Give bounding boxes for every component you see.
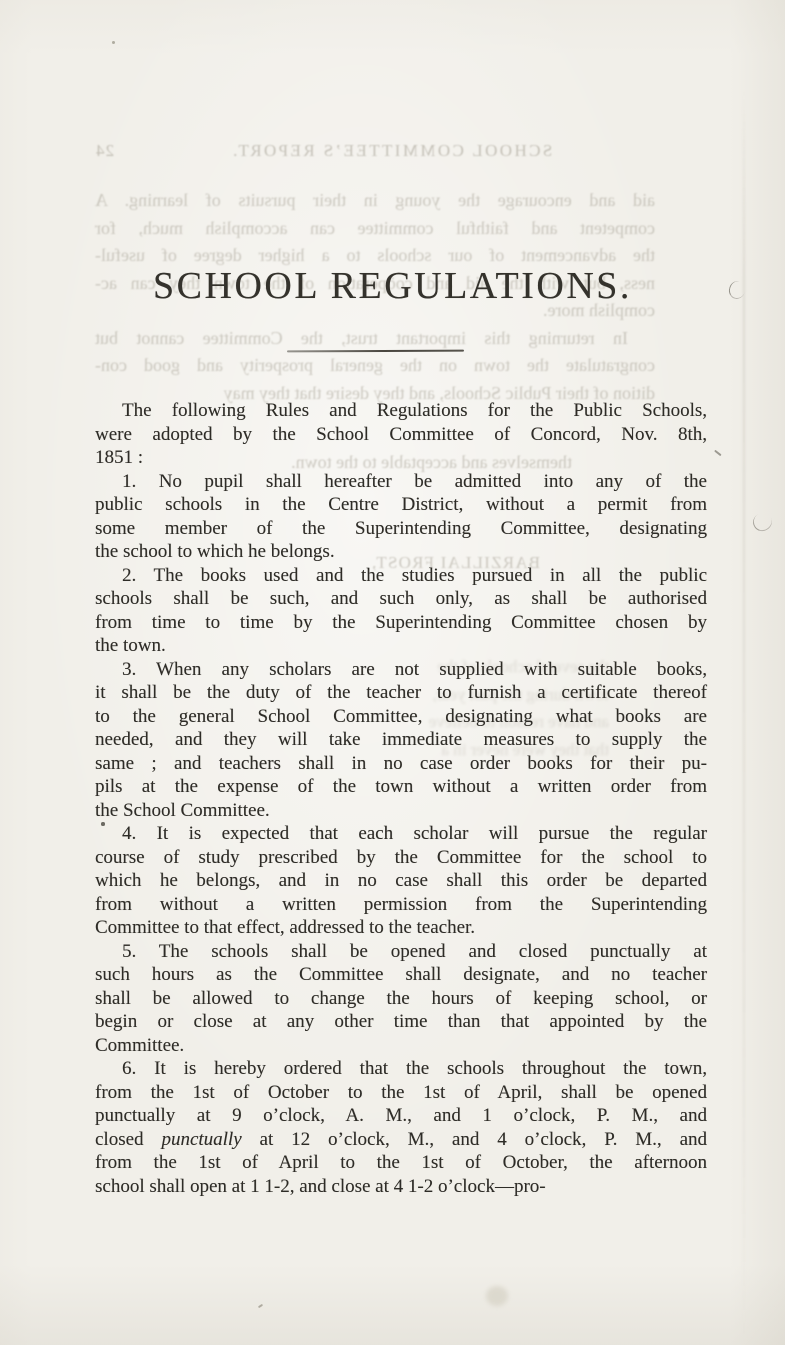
text-line: 5. The schools shall be opened and close… [95, 940, 707, 964]
document-body: The following Rules and Regulations for … [95, 399, 707, 1198]
text-line: 4. It is expected that each scholar will… [95, 822, 707, 846]
text-line: 1. No pupil shall hereafter be admitted … [95, 470, 707, 494]
rule-2-paragraph: 2. The books used and the studies pursue… [95, 564, 707, 658]
text-line: Committee. [95, 1034, 707, 1058]
rule-4-paragraph: 4. It is expected that each scholar will… [95, 822, 707, 940]
text-line: were adopted by the School Committee of … [95, 423, 707, 447]
text-line: which he belongs, and in no case shall t… [95, 869, 707, 893]
rule-5-paragraph: 5. The schools shall be opened and close… [95, 940, 707, 1058]
text-line: aid and encourage the young in their pur… [95, 187, 655, 215]
text-line: the town. [95, 634, 707, 658]
text-line: 1851 : [95, 446, 707, 470]
rule-1-paragraph: 1. No pupil shall hereafter be admitted … [95, 470, 707, 564]
text-line: closed punctually at 12 o’clock, M., and… [95, 1128, 707, 1152]
text-line: to the general School Committee, designa… [95, 705, 707, 729]
page-title: SCHOOL REGULATIONS. [0, 264, 785, 308]
stray-ink-dot [101, 822, 105, 826]
text-line: the School Committee. [95, 799, 707, 823]
text-line: congratulate the town on the general pro… [95, 352, 655, 380]
text-line: the school to which he belongs. [95, 540, 707, 564]
text-line: from the 1st of October to the 1st of Ap… [95, 1081, 707, 1105]
scan-speck [112, 41, 115, 44]
text-line: shall be allowed to change the hours of … [95, 987, 707, 1011]
text-line: course of study prescribed by the Commit… [95, 846, 707, 870]
rule-6-paragraph: 6. It is hereby ordered that the schools… [95, 1057, 707, 1198]
text-line: 3. When any scholars are not supplied wi… [95, 658, 707, 682]
text-line: Committee to that effect, addressed to t… [95, 916, 707, 940]
text-line: 2. The books used and the studies pursue… [95, 564, 707, 588]
text-line: it shall be the duty of the teacher to f… [95, 681, 707, 705]
rule-3-paragraph: 3. When any scholars are not supplied wi… [95, 658, 707, 823]
intro-paragraph: The following Rules and Regulations for … [95, 399, 707, 470]
text-line: from without a written permission from t… [95, 893, 707, 917]
text-line: from the 1st of April to the 1st of Octo… [95, 1151, 707, 1175]
text-line: same ; and teachers shall in no case ord… [95, 752, 707, 776]
bleedthrough-paragraph-2: In returning this important trust, the C… [95, 325, 655, 408]
text-line: 6. It is hereby ordered that the schools… [95, 1057, 707, 1081]
text-line: school shall open at 1 1-2, and close at… [95, 1175, 707, 1199]
text-line: In returning this important trust, the C… [95, 325, 655, 353]
text-line: The following Rules and Regulations for … [95, 399, 707, 423]
text-line: competent and faithful committee can acc… [95, 215, 655, 243]
text-line: from time to time by the Superintending … [95, 611, 707, 635]
text-line: punctually at 9 o’clock, A. M., and 1 o’… [95, 1104, 707, 1128]
scanned-book-page: { "document": { "title": "SCHOOL REGULAT… [0, 0, 785, 1345]
bleedthrough-page-number: 24 [95, 141, 114, 161]
bleedthrough-running-header: SCHOOL COMMITTEE’S REPORT. 24 [95, 141, 655, 161]
text-line: some member of the Superintending Commit… [95, 517, 707, 541]
paper-smudge [486, 1286, 508, 1306]
text-line: schools shall be such, and such only, as… [95, 587, 707, 611]
text-line: begin or close at any other time than th… [95, 1010, 707, 1034]
text-line: public schools in the Centre District, w… [95, 493, 707, 517]
text-line: such hours as the Committee shall design… [95, 963, 707, 987]
text-line: pils at the expense of the town without … [95, 775, 707, 799]
bleedthrough-header-title: SCHOOL COMMITTEE’S REPORT. [128, 141, 655, 161]
text-line: needed, and they will take immediate mea… [95, 728, 707, 752]
